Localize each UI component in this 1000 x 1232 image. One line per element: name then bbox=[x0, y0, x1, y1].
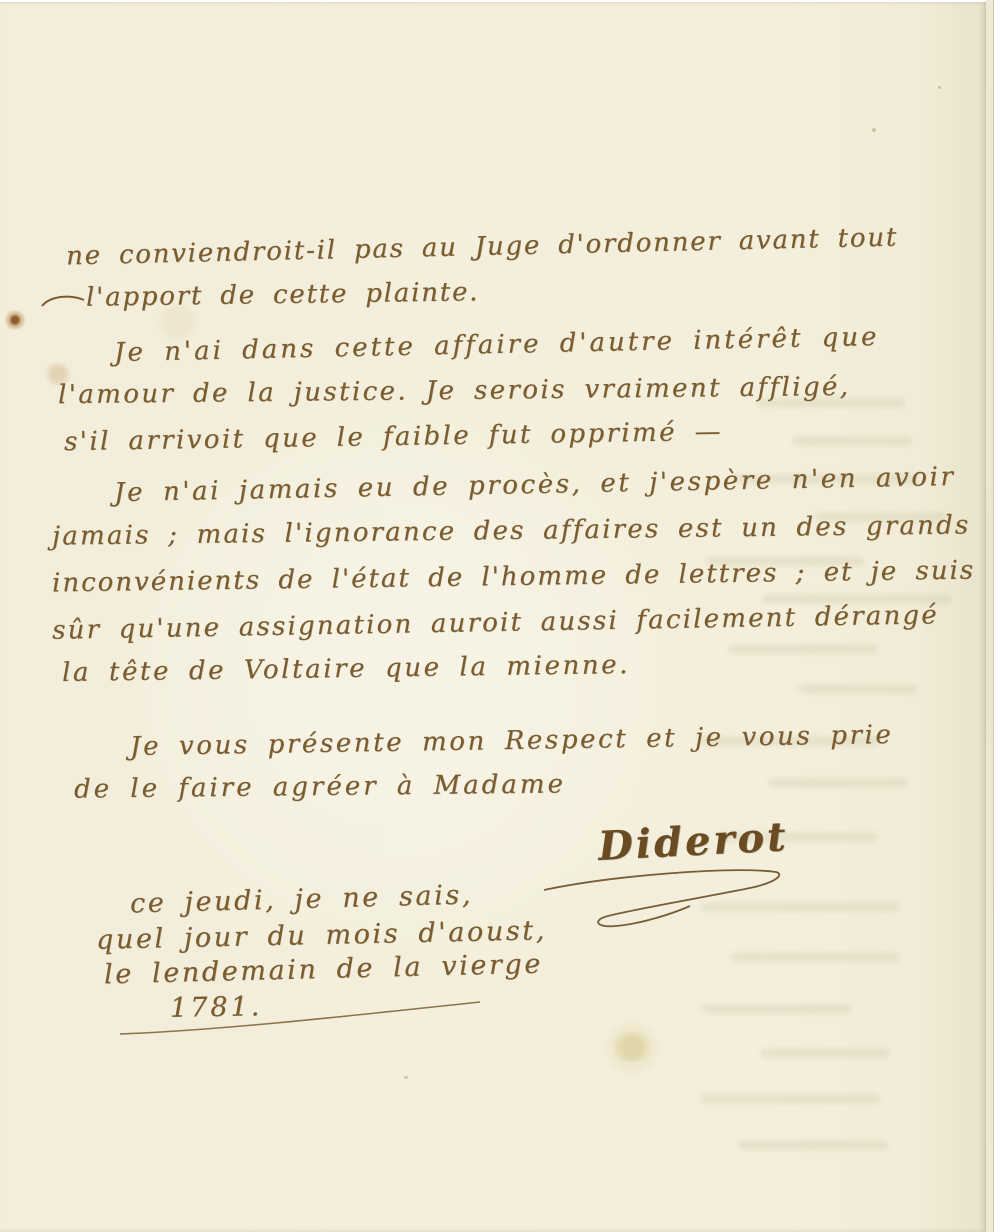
paper-speck bbox=[404, 1076, 408, 1079]
letter-line: de le faire agréer à Madame bbox=[74, 769, 566, 804]
letter-line: l'apport de cette plainte. bbox=[86, 277, 480, 312]
paper-speck bbox=[872, 128, 876, 132]
paraph-flourish bbox=[540, 858, 790, 942]
paper-deckle-edge bbox=[986, 0, 994, 1232]
paper-speck bbox=[938, 86, 941, 89]
pen-swash bbox=[40, 292, 86, 314]
date-underline-swash bbox=[116, 996, 486, 1044]
manuscript-scan: ne conviendroit-il pas au Juge d'ordonne… bbox=[0, 0, 1000, 1232]
